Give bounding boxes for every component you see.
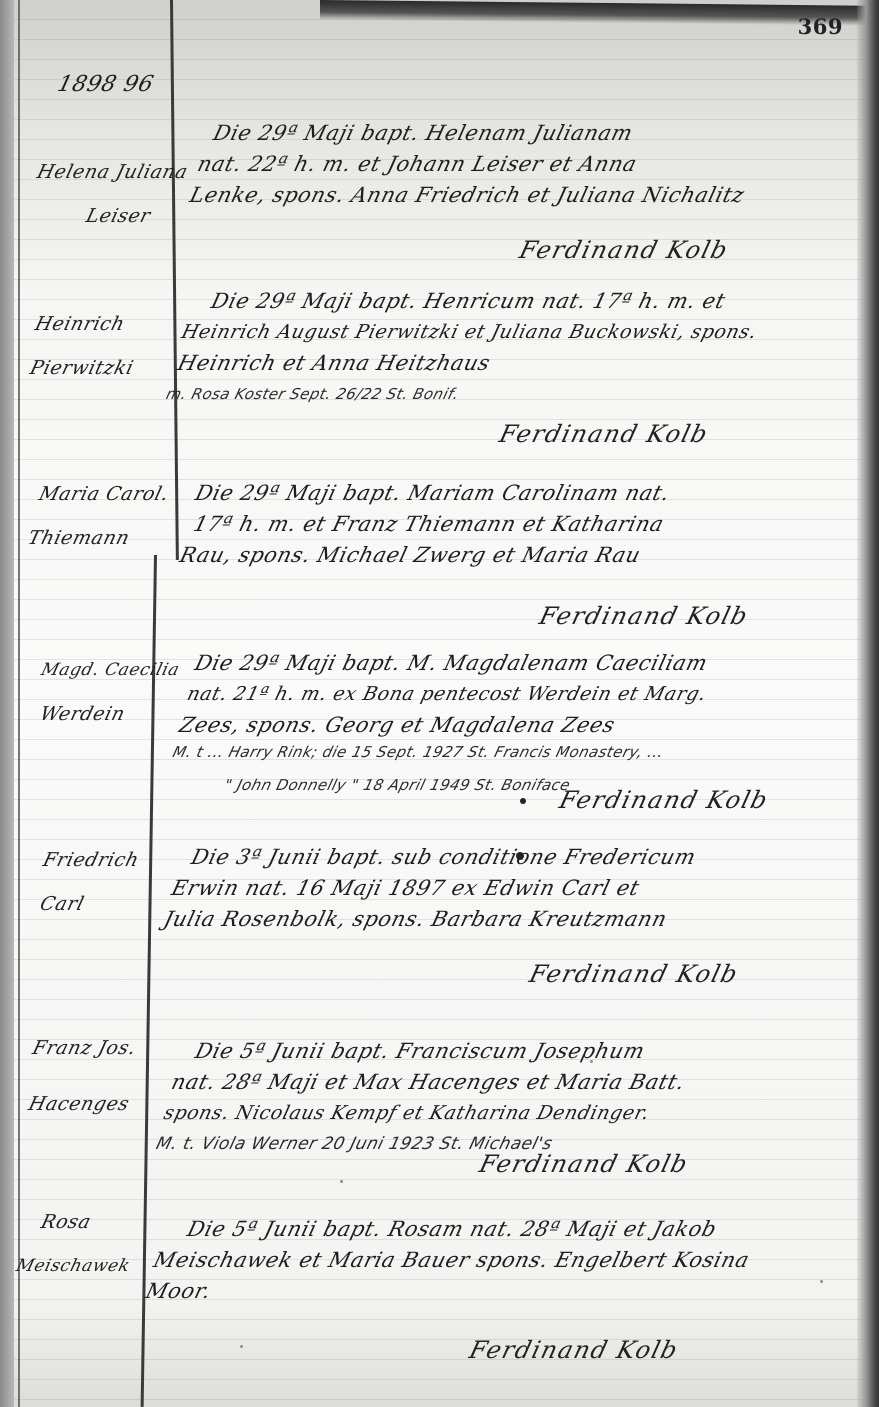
- margin-rule: [18, 0, 20, 1407]
- scan-speck: [240, 1345, 243, 1348]
- margin-name-given: Rosa: [22, 1200, 146, 1244]
- margin-name-surname: Leiser: [21, 194, 182, 238]
- priest-signature: Ferdinand Kolb: [527, 960, 742, 988]
- entry-line: nat. 28ª Maji et Max Hacenges et Maria B…: [168, 1067, 836, 1098]
- entry-line: Meischawek et Maria Bauer spons. Engelbe…: [150, 1245, 818, 1276]
- entry-line: Die 29ª Maji bapt. Helenam Julianam: [202, 118, 870, 149]
- entry-line: nat. 22ª h. m. et Johann Leiser et Anna: [194, 149, 862, 180]
- priest-signature: Ferdinand Kolb: [537, 602, 752, 630]
- scan-shadow-top: [320, 0, 879, 26]
- margin-name-surname: Thiemann: [23, 516, 163, 560]
- margin-name-given: Friedrich: [38, 838, 144, 882]
- entry-line: Lenke, spons. Anna Friedrich et Juliana …: [186, 180, 854, 211]
- entry-line: Moor.: [142, 1276, 810, 1307]
- marriage-annotation: M. t ... Harry Rink; die 15 Sept. 1927 S…: [169, 737, 837, 768]
- page-number: 369: [798, 14, 843, 39]
- priest-signature: Ferdinand Kolb: [517, 236, 732, 264]
- priest-signature: Ferdinand Kolb: [477, 1150, 692, 1178]
- priest-signature: Ferdinand Kolb: [497, 420, 712, 448]
- entry-line: Die 5ª Junii bapt. Franciscum Josephum: [176, 1036, 844, 1067]
- entry-line: Julia Rosenbolk, spons. Barbara Kreutzma…: [160, 904, 828, 935]
- entry-line: Erwin nat. 16 Maji 1897 ex Edwin Carl et: [168, 873, 836, 904]
- entry-margin-name: Franz Jos. Hacenges: [14, 1026, 149, 1126]
- entry-line: Die 29ª Maji bapt. Henricum nat. 17ª h. …: [186, 286, 854, 317]
- margin-name-surname: Pierwitzki: [19, 346, 139, 390]
- priest-signature: Ferdinand Kolb: [557, 786, 772, 814]
- entry-margin-name: Magd. Caecilia Werdein: [25, 648, 185, 736]
- entry-margin-name: Heinrich Pierwitzki: [19, 302, 150, 390]
- entry-line: Die 29ª Maji bapt. M. Magdalenam Caecili…: [191, 648, 859, 679]
- entry-margin-name: Friedrich Carl: [27, 838, 144, 926]
- entry-text: Die 29ª Maji bapt. Mariam Carolinam nat.…: [176, 478, 859, 571]
- entry-line: Die 5ª Junii bapt. Rosam nat. 28ª Maji e…: [158, 1214, 826, 1245]
- entry-line: nat. 21ª h. m. ex Bona pentecost Werdein…: [184, 679, 852, 710]
- entry-line: Die 29ª Maji bapt. Mariam Carolinam nat.: [192, 478, 860, 509]
- entry-text: Die 29ª Maji bapt. Henricum nat. 17ª h. …: [163, 286, 854, 410]
- margin-name-given: Helena Juliana: [32, 150, 193, 194]
- scan-speck: [590, 1060, 593, 1063]
- entry-line: Heinrich et Anna Heitzhaus: [170, 348, 838, 379]
- year-header: 1898 96: [55, 72, 156, 97]
- entry-margin-name: Helena Juliana Leiser: [21, 150, 193, 238]
- margin-name-given: Heinrich: [30, 302, 150, 346]
- margin-name-surname: Carl: [27, 882, 133, 926]
- ink-blot: [516, 852, 524, 860]
- register-page: 369 1898 96 Helena Juliana Leiser Die 29…: [0, 0, 879, 1407]
- entry-margin-name: Rosa Meischawek: [11, 1200, 146, 1288]
- scan-edge-left: [0, 0, 14, 1407]
- marriage-annotation: m. Rosa Koster Sept. 26/22 St. Bonif.: [163, 379, 831, 410]
- margin-name-surname: Meischawek: [11, 1244, 135, 1288]
- scan-edge-right: [857, 0, 879, 1407]
- entry-text: Die 5ª Junii bapt. Franciscum Josephum n…: [153, 1036, 844, 1160]
- scan-speck: [820, 1280, 823, 1283]
- margin-name-given: Magd. Caecilia: [36, 648, 185, 692]
- margin-name-surname: Werdein: [25, 692, 174, 736]
- entry-margin-name: Maria Carol. Thiemann: [23, 472, 174, 560]
- entry-line: spons. Nicolaus Kempf et Katharina Dendi…: [160, 1098, 828, 1129]
- margin-name-given: Franz Jos.: [27, 1026, 148, 1070]
- scan-speck: [340, 1180, 343, 1183]
- entry-line: Die 3ª Junii bapt. sub conditione Freder…: [176, 842, 844, 873]
- entry-text: Die 5ª Junii bapt. Rosam nat. 28ª Maji e…: [142, 1214, 825, 1307]
- priest-signature: Ferdinand Kolb: [467, 1336, 682, 1364]
- entry-line: 17ª h. m. et Franz Thiemann et Katharina: [184, 509, 852, 540]
- margin-name-given: Maria Carol.: [34, 472, 174, 516]
- entry-line: Rau, spons. Michael Zwerg et Maria Rau: [176, 540, 844, 571]
- entry-text: Die 29ª Maji bapt. Helenam Julianam nat.…: [186, 118, 869, 211]
- entry-text: Die 3ª Junii bapt. sub conditione Freder…: [160, 842, 843, 935]
- margin-name-surname: Hacenges: [14, 1082, 135, 1126]
- entry-line: Heinrich August Pierwitzki et Juliana Bu…: [178, 317, 846, 348]
- entry-text: Die 29ª Maji bapt. M. Magdalenam Caecili…: [161, 648, 859, 801]
- ink-blot: [520, 798, 526, 804]
